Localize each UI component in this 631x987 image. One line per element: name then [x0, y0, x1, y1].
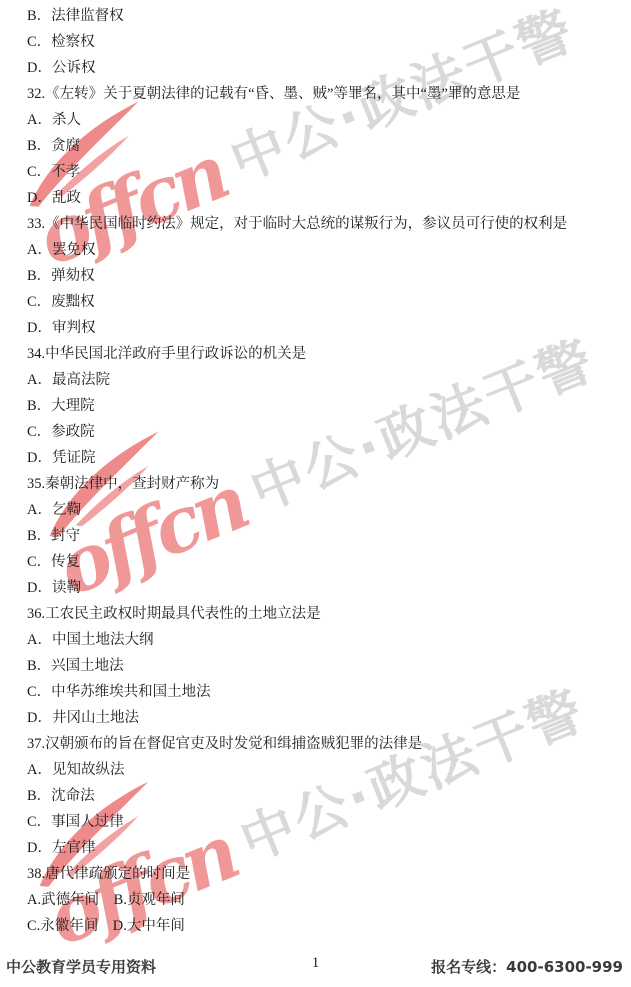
answer-option: D．审判权 [27, 315, 623, 341]
answer-option: A．杀人 [27, 107, 623, 133]
answer-option: A．乞鞫 [27, 497, 623, 523]
answer-option: B．大理院 [27, 393, 623, 419]
answer-option: A．中国土地法大纲 [27, 627, 623, 653]
answer-option: D．左官律 [27, 835, 623, 861]
question-stem: 32.《左转》关于夏朝法律的记载有“昏、墨、贼”等罪名，其中“墨”罪的意思是 [27, 81, 623, 107]
exam-lines: B．法律监督权C．检察权D．公诉权32.《左转》关于夏朝法律的记载有“昏、墨、贼… [27, 3, 623, 939]
answer-option: C．检察权 [27, 29, 623, 55]
question-stem: 38.唐代律疏颁定的时间是 [27, 861, 623, 887]
answer-option: D．井冈山土地法 [27, 705, 623, 731]
answer-option: C．参政院 [27, 419, 623, 445]
question-stem: 33.《中华民国临时约法》规定，对于临时大总统的谋叛行为，参议员可行使的权利是 [27, 211, 623, 237]
answer-option: B．弹劾权 [27, 263, 623, 289]
answer-option: B．贪腐 [27, 133, 623, 159]
answer-option: C．传复 [27, 549, 623, 575]
answer-option: A.武德年间 B.贞观年间 [27, 887, 623, 913]
answer-option: C．不孝 [27, 159, 623, 185]
answer-option: D．凭证院 [27, 445, 623, 471]
answer-option: D．读鞫 [27, 575, 623, 601]
answer-option: C．事国人过律 [27, 809, 623, 835]
question-stem: 35.秦朝法律中，查封财产称为 [27, 471, 623, 497]
page: offcn 中公·政法干警 offcn 中公·政法干警 offcn 中公·政法干… [0, 0, 631, 987]
answer-option: D．乱政 [27, 185, 623, 211]
question-stem: 36.工农民主政权时期最具代表性的土地立法是 [27, 601, 623, 627]
answer-option: B．封守 [27, 523, 623, 549]
question-stem: 37.汉朝颁布的旨在督促官吏及时发觉和缉捕盗贼犯罪的法律是 [27, 731, 623, 757]
answer-option: B．法律监督权 [27, 3, 623, 29]
answer-option: C.永徽年间 D.大中年间 [27, 913, 623, 939]
answer-option: B．沈命法 [27, 783, 623, 809]
answer-option: C．废黜权 [27, 289, 623, 315]
page-footer: 中公教育学员专用资料 1 报名专线：400-6300-999 [0, 953, 631, 977]
answer-option: A．罢免权 [27, 237, 623, 263]
answer-option: B．兴国土地法 [27, 653, 623, 679]
footer-hotline: 报名专线：400-6300-999 [431, 956, 623, 977]
question-stem: 34.中华民国北洋政府手里行政诉讼的机关是 [27, 341, 623, 367]
answer-option: D．公诉权 [27, 55, 623, 81]
answer-option: C．中华苏维埃共和国土地法 [27, 679, 623, 705]
answer-option: A．见知故纵法 [27, 757, 623, 783]
answer-option: A．最高法院 [27, 367, 623, 393]
